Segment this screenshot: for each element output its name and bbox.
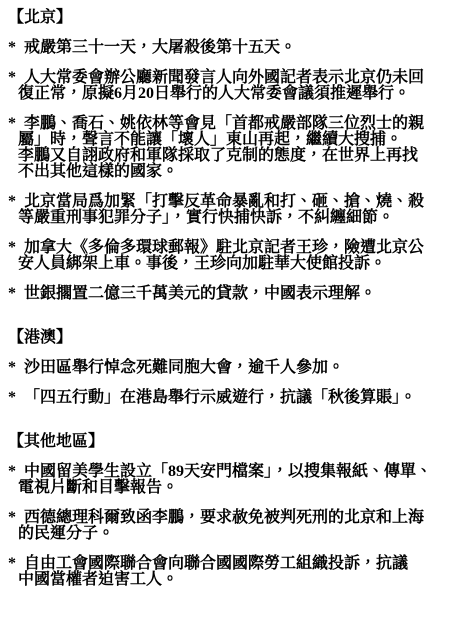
news-item-text: 沙田區舉行悼念死難同胞大會，逾千人參加。 [24, 359, 344, 376]
section-header: 【港澳】 [8, 330, 461, 346]
bullet-marker: * [8, 69, 16, 86]
bullet-marker: * [8, 389, 16, 406]
news-item: *沙田區舉行悼念死難同胞大會，逾千人參加。 [8, 360, 461, 376]
section-items: *中國留美學生設立「89天安門檔案」，以搜集報紙、傳單、 電視片斷和目擊報告。 … [8, 464, 461, 588]
section: 【其他地區】 *中國留美學生設立「89天安門檔案」，以搜集報紙、傳單、 電視片斷… [8, 434, 461, 588]
section: 【北京】 *戒嚴第三十一天，大屠殺後第十五天。 *人大常委會辦公廳新聞發言人向外… [8, 10, 461, 302]
news-item-text: 人大常委會辦公廳新聞發言人向外國記者表示北京仍未回 復正常，原擬6月20日舉行的… [18, 69, 424, 102]
news-item: *自由工會國際聯合會向聯合國國際勞工組織投訴，抗議 中國當權者迫害工人。 [8, 556, 461, 588]
news-item-text: 西德總理科爾致函李鵬，要求赦免被判死刑的北京和上海 的民運分子。 [18, 509, 424, 542]
news-item-text: 「四五行動」在港島舉行示威遊行，抗議「秋後算賬」。 [24, 389, 416, 406]
section: 【港澳】 *沙田區舉行悼念死難同胞大會，逾千人參加。 *「四五行動」在港島舉行示… [8, 330, 461, 406]
bullet-marker: * [8, 555, 16, 572]
bullet-marker: * [8, 359, 16, 376]
section-items: *戒嚴第三十一天，大屠殺後第十五天。 *人大常委會辦公廳新聞發言人向外國記者表示… [8, 40, 461, 302]
section-header: 【北京】 [8, 10, 461, 26]
section-items: *沙田區舉行悼念死難同胞大會，逾千人參加。 *「四五行動」在港島舉行示威遊行，抗… [8, 360, 461, 406]
bullet-marker: * [8, 285, 16, 302]
news-item-text: 自由工會國際聯合會向聯合國國際勞工組織投訴，抗議 中國當權者迫害工人。 [18, 555, 408, 588]
news-item: *戒嚴第三十一天，大屠殺後第十五天。 [8, 40, 461, 56]
news-digest: 【北京】 *戒嚴第三十一天，大屠殺後第十五天。 *人大常委會辦公廳新聞發言人向外… [8, 10, 461, 588]
news-item: *加拿大《多倫多環球郵報》駐北京記者王珍，險遭北京公 安人員綁架上車。事後，王珍… [8, 240, 461, 272]
news-item-text: 世銀擱置二億三千萬美元的貸款，中國表示理解。 [24, 285, 376, 302]
news-item-text: 北京當局爲加緊「打擊反革命暴亂和打、砸、搶、燒、殺 等嚴重刑事犯罪分子」，實行快… [18, 193, 424, 226]
news-item-text: 中國留美學生設立「89天安門檔案」，以搜集報紙、傳單、 電視片斷和目擊報告。 [18, 463, 432, 496]
news-item-text: 加拿大《多倫多環球郵報》駐北京記者王珍，險遭北京公 安人員綁架上車。事後，王珍向… [18, 239, 424, 272]
news-item: *「四五行動」在港島舉行示威遊行，抗議「秋後算賬」。 [8, 390, 461, 406]
news-item-text: 李鵬、喬石、姚依林等會見「首都戒嚴部隊三位烈士的親 屬」時，聲言不能讓「壞人」東… [18, 115, 424, 180]
bullet-marker: * [8, 463, 16, 480]
news-item: *西德總理科爾致函李鵬，要求赦免被判死刑的北京和上海 的民運分子。 [8, 510, 461, 542]
bullet-marker: * [8, 239, 16, 256]
bullet-marker: * [8, 509, 16, 526]
section-header: 【其他地區】 [8, 434, 461, 450]
news-item: *世銀擱置二億三千萬美元的貸款，中國表示理解。 [8, 286, 461, 302]
bullet-marker: * [8, 193, 16, 210]
news-item-text: 戒嚴第三十一天，大屠殺後第十五天。 [24, 39, 296, 56]
bullet-marker: * [8, 39, 16, 56]
news-item: *中國留美學生設立「89天安門檔案」，以搜集報紙、傳單、 電視片斷和目擊報告。 [8, 464, 461, 496]
news-item: *北京當局爲加緊「打擊反革命暴亂和打、砸、搶、燒、殺 等嚴重刑事犯罪分子」，實行… [8, 194, 461, 226]
bullet-marker: * [8, 115, 16, 132]
news-item: *李鵬、喬石、姚依林等會見「首都戒嚴部隊三位烈士的親 屬」時，聲言不能讓「壞人」… [8, 116, 461, 180]
news-item: *人大常委會辦公廳新聞發言人向外國記者表示北京仍未回 復正常，原擬6月20日舉行… [8, 70, 461, 102]
